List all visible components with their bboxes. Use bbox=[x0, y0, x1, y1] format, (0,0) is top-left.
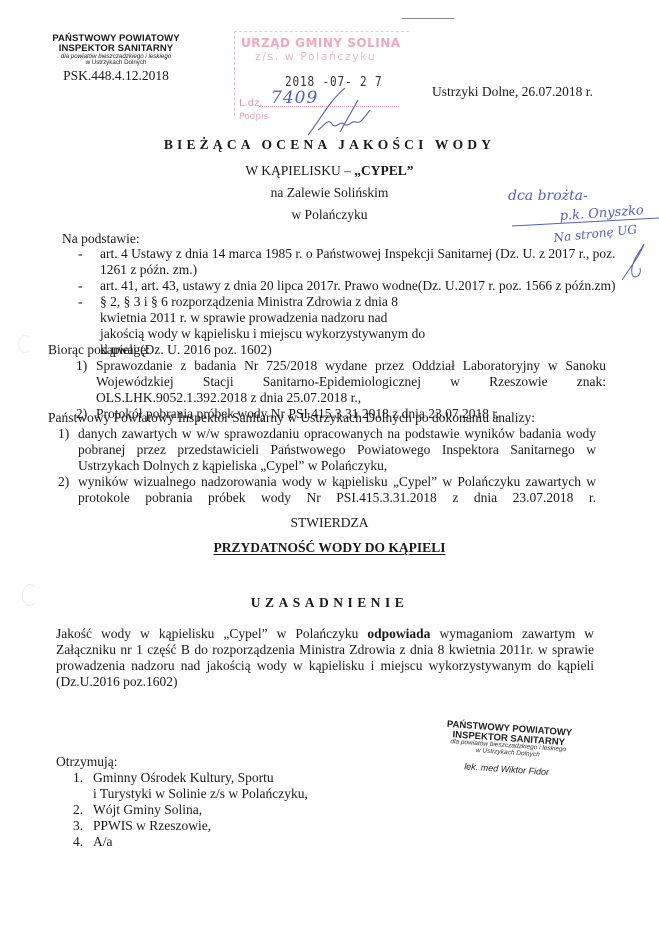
decision-finding: PRZYDATNOŚĆ WODY DO KĄPIELI bbox=[0, 540, 659, 556]
scan-line-artifact bbox=[402, 18, 454, 19]
analysis-heading: Państwowy Powiatowy Inspektor Sanitarny … bbox=[48, 410, 535, 426]
stamp-signature-label: Podpis bbox=[239, 112, 268, 122]
punch-hole-shadow bbox=[18, 335, 32, 353]
legal-basis-item: -art. 41, art. 43, ustawy z dnia 20 lipc… bbox=[78, 278, 638, 294]
subtitle-prefix: W KĄPIELISKU – bbox=[245, 163, 354, 178]
document-subtitle: W KĄPIELISKU – „CYPEL” bbox=[0, 163, 659, 179]
handwritten-signature-icon bbox=[300, 80, 390, 140]
stamp-office-name: URZĄD GMINY SOLINA bbox=[241, 36, 401, 50]
recipient-item: 4.A/a bbox=[73, 834, 393, 850]
analysis-list: 1)danych zawartych w w/w sprawozdaniu op… bbox=[78, 426, 596, 506]
considering-item: 1)Sprawozdanie z badania Nr 725/2018 wyd… bbox=[96, 358, 606, 406]
reference-number: PSK.448.4.12.2018 bbox=[20, 69, 212, 83]
justification-text: Jakość wody w kąpielisku „Cypel” w Polań… bbox=[56, 626, 594, 690]
compliance-verdict: odpowiada bbox=[367, 626, 430, 641]
stamp-ldz-label: L.dz. bbox=[239, 98, 263, 109]
recipients-list: 1.Gminny Ośrodek Kultury, Sportui Turyst… bbox=[73, 770, 393, 850]
signatory-name: lek. med Wiktor Fidor bbox=[417, 759, 597, 781]
justification-heading: UZASADNIENIE bbox=[0, 595, 659, 611]
svg-text:Na stronę UG: Na stronę UG bbox=[552, 222, 638, 245]
bathing-site-name: „CYPEL” bbox=[354, 163, 413, 178]
stamp-office-seat: z/s. w Polańczyku bbox=[255, 50, 376, 63]
signature-stamp: PAŃSTWOWY POWIATOWY INSPEKTOR SANITARNY … bbox=[417, 718, 600, 780]
recipients-heading: Otrzymują: bbox=[56, 754, 117, 770]
document-title: BIEŻĄCA OCENA JAKOŚCI WODY bbox=[0, 137, 659, 153]
legal-basis-heading: Na podstawie: bbox=[62, 231, 140, 247]
legal-basis-item: -art. 4 Ustawy z dnia 14 marca 1985 r. o… bbox=[78, 246, 620, 278]
svg-text:dca brożta-: dca brożta- bbox=[508, 188, 588, 204]
analysis-item: 2)wyników wizualnego nadzorowania wody w… bbox=[78, 474, 596, 506]
recipient-item: 1.Gminny Ośrodek Kultury, Sportui Turyst… bbox=[73, 770, 393, 802]
recipient-item: 3.PPWIS w Rzeszowie, bbox=[73, 818, 393, 834]
recipient-item: 2.Wójt Gminy Solina, bbox=[73, 802, 393, 818]
decision-verb: STWIERDZA bbox=[0, 515, 659, 531]
analysis-item: 1)danych zawartych w w/w sprawozdaniu op… bbox=[78, 426, 596, 474]
legal-basis-list: -art. 4 Ustawy z dnia 14 marca 1985 r. o… bbox=[78, 246, 638, 358]
place-and-date: Ustrzyki Dolne, 26.07.2018 r. bbox=[432, 84, 593, 100]
issuer-seat: w Ustrzykach Dolnych bbox=[20, 60, 212, 67]
issuer-header: PAŃSTWOWY POWIATOWY INSPEKTOR SANITARNY … bbox=[20, 34, 212, 83]
considering-heading: Biorąc pod uwagę: bbox=[48, 342, 150, 358]
